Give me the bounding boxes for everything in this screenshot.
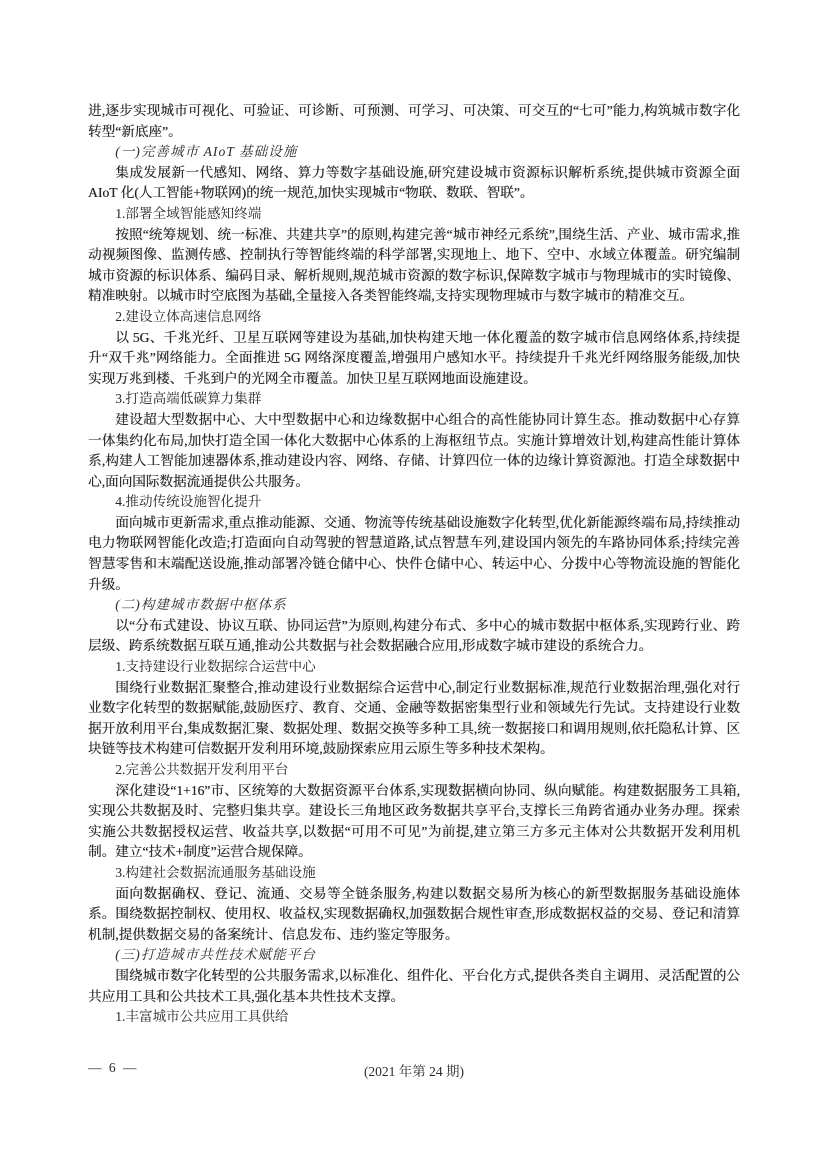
- subsection-heading: 1.支持建设行业数据综合运营中心: [88, 657, 740, 678]
- body-paragraph: 按照“统筹规划、统一标准、共建共享”的原则,构建完善“城市神经元系统”,围绕生活…: [88, 225, 740, 307]
- subsection-heading: 2.建设立体高速信息网络: [88, 307, 740, 328]
- body-paragraph: 集成发展新一代感知、网络、算力等数字基础设施,研究建设城市资源标识解析系统,提供…: [88, 163, 740, 204]
- subsection-heading: 3.打造高端低碳算力集群: [88, 389, 740, 410]
- subsection-heading: 3.构建社会数据流通服务基础设施: [88, 863, 740, 884]
- body-paragraph: 以 5G、千兆光纤、卫星互联网等建设为基础,加快构建天地一体化覆盖的数字城市信息…: [88, 328, 740, 390]
- body-paragraph: 面向数据确权、登记、流通、交易等全链条服务,构建以数据交易所为核心的新型数据服务…: [88, 884, 740, 946]
- subsection-heading: 1.丰富城市公共应用工具供给: [88, 1007, 740, 1028]
- body-paragraph: 围绕城市数字化转型的公共服务需求,以标准化、组件化、平台化方式,提供各类自主调用…: [88, 966, 740, 1007]
- body-paragraph: 围绕行业数据汇聚整合,推动建设行业数据综合运营中心,制定行业数据标准,规范行业数…: [88, 678, 740, 760]
- text-column: 进,逐步实现城市可视化、可验证、可诊断、可预测、可学习、可决策、可交互的“七可”…: [88, 101, 740, 1028]
- subsection-heading: 4.推动传统设施智化提升: [88, 492, 740, 513]
- section-heading: (二)构建城市数据中枢体系: [88, 595, 740, 616]
- subsection-heading: 1.部署全域智能感知终端: [88, 204, 740, 225]
- body-paragraph: 面向城市更新需求,重点推动能源、交通、物流等传统基础设施数字化转型,优化新能源终…: [88, 513, 740, 595]
- page-footer: — 6 — (2021 年第 24 期): [88, 1060, 740, 1082]
- document-page: 进,逐步实现城市可视化、可验证、可诊断、可预测、可学习、可决策、可交互的“七可”…: [0, 0, 827, 1170]
- body-paragraph: 建设超大型数据中心、大中型数据中心和边缘数据中心组合的高性能协同计算生态。推动数…: [88, 410, 740, 492]
- continuation-paragraph: 进,逐步实现城市可视化、可验证、可诊断、可预测、可学习、可决策、可交互的“七可”…: [88, 101, 740, 142]
- body-paragraph: 深化建设“1+16”市、区统筹的大数据资源平台体系,实现数据横向协同、纵向赋能。…: [88, 781, 740, 863]
- issue-label: (2021 年第 24 期): [88, 1060, 740, 1080]
- subsection-heading: 2.完善公共数据开发利用平台: [88, 760, 740, 781]
- section-heading: (三)打造城市共性技术赋能平台: [88, 945, 740, 966]
- body-paragraph: 以“分布式建设、协议互联、协同运营”为原则,构建分布式、多中心的城市数据中枢体系…: [88, 616, 740, 657]
- section-heading: (一)完善城市 AIoT 基础设施: [88, 142, 740, 163]
